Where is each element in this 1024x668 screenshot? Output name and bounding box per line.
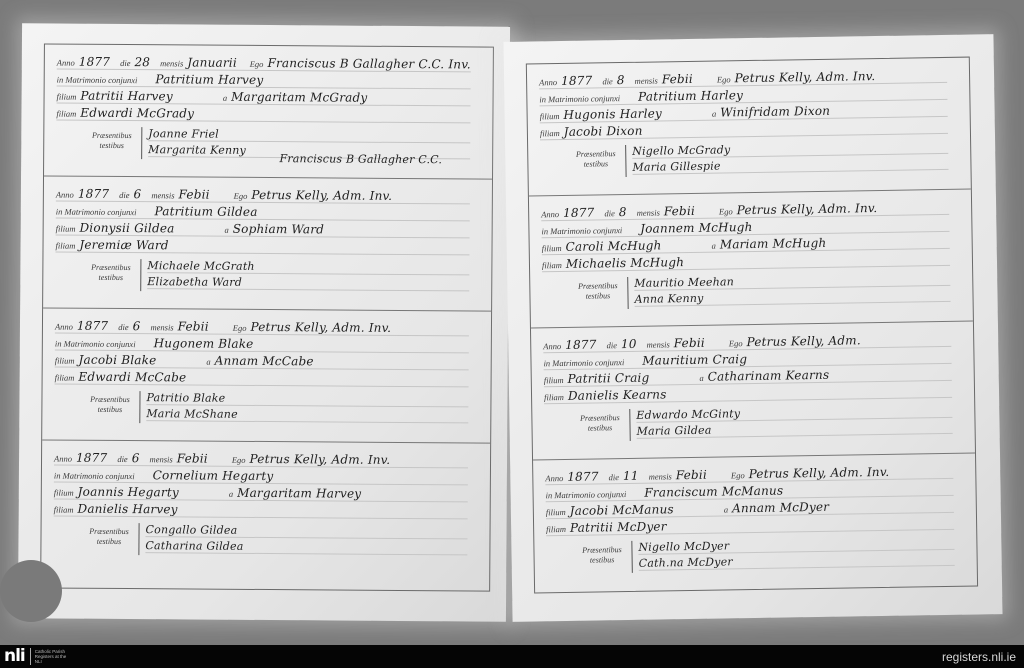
filium-label: filium [544,375,564,385]
witness-name: Nigello McDyer [638,539,729,553]
witness-name: Congallo Gildea [146,523,238,537]
mensis-label: mensis [649,471,672,481]
mensis-label: mensis [647,339,670,349]
anno-label: Anno [541,209,559,219]
witnesses-label: Præsentibus testibus [79,523,139,555]
marriage-entry: Anno 1877 die 10 mensis Febii Ego Petrus… [531,322,975,461]
matrimonio-label: in Matrimonio conjunxi [54,471,135,482]
groom-father-name: Joannis Hegarty [78,485,179,500]
groom-father-name: Jacobi McManus [570,502,674,518]
filium-label: filium [56,224,76,234]
et-label: a [223,93,227,103]
die-label: die [602,76,613,86]
groom-father-name: Caroli McHugh [565,238,661,254]
filiam-label: filiam [546,524,566,534]
groom-name: Joannem McHugh [640,220,753,236]
register-page-right: Anno 1877 die 8 mensis Febii Ego Petrus … [503,34,1002,622]
et-label: a [206,357,210,367]
nli-logo-mark: nli [4,648,31,665]
groom-father-name: Dionysii Gildea [79,221,174,236]
groom-name: Mauritium Craig [642,352,747,368]
marriage-entry: Anno 1877 die 6 mensis Febii Ego Petrus … [41,440,490,575]
witness-name: Edwardo McGinty [636,407,740,422]
month-value: Febii [676,468,707,482]
ego-label: Ego [719,206,733,216]
witnesses-label: Præsentibus testibus [80,391,140,423]
witnesses-label: Præsentibus testibus [572,541,632,574]
bride-name: Winifridam Dixon [720,104,830,120]
page-damage-blot [0,560,62,622]
filiam-label: filiam [54,505,74,515]
groom-father-name: Hugonis Harley [563,106,662,122]
witness-name: Elizabetha Ward [147,275,242,289]
anno-label: Anno [54,454,72,464]
mensis-label: mensis [160,58,183,68]
die-label: die [118,322,128,332]
anno-label: Anno [56,190,74,200]
groom-name: Patritium Gildea [154,204,257,219]
officiant-value: Petrus Kelly, Adm. Inv. [734,69,875,85]
nli-logo[interactable]: nli Catholic Parish Registers at the NLI [4,648,69,665]
officiant-value: Petrus Kelly, Adm. Inv. [250,452,391,467]
footer-bar: nli Catholic Parish Registers at the NLI… [0,645,1024,668]
filium-label: filium [54,488,74,498]
day-value: 8 [619,205,627,219]
et-label: a [699,373,703,383]
officiant-signature: Franciscus B Gallagher C.C. [279,152,442,166]
officiant-value: Petrus Kelly, Adm. [746,333,860,349]
day-value: 11 [623,469,639,483]
month-value: Febii [178,319,209,333]
witnesses-block: Præsentibus testibus Nigello McDyer Cath… [572,536,964,574]
matrimonio-label: in Matrimonio conjunxi [56,207,137,218]
groom-name: Patritium Harvey [155,72,263,87]
bride-name: Margaritam Harvey [237,486,361,501]
witness-name: Catharina Gildea [145,539,243,553]
filium-label: filium [55,356,75,366]
filiam-label: filiam [542,260,562,270]
officiant-value: Franciscus B Gallagher C.C. Inv. [267,56,470,71]
day-value: 8 [617,73,625,87]
bride-father-name: Danielis Harvey [77,502,177,517]
anno-label: Anno [545,473,563,483]
witness-name: Michaele McGrath [147,259,254,273]
marriage-entry: Anno 1877 die 6 mensis Febii Ego Petrus … [43,176,492,311]
marriage-entry: Anno 1877 die 11 mensis Febii Ego Petrus… [533,454,977,593]
bride-father-row: filiam Edwardi McCabe [55,370,479,390]
filiam-label: filiam [544,392,564,402]
witnesses-label: Præsentibus testibus [568,277,628,310]
et-label: a [724,504,728,514]
day-value: 6 [134,187,142,201]
anno-label: Anno [55,322,73,332]
groom-name: Franciscum McManus [644,484,783,500]
mensis-label: mensis [151,190,174,200]
matrimonio-label: in Matrimonio conjunxi [546,489,627,500]
bride-father-name: Patritii McDyer [570,519,667,535]
bride-father-name: Edwardi McCabe [78,370,186,385]
witnesses-label: Præsentibus testibus [570,409,630,442]
year-value: 1877 [567,469,599,483]
witnesses-block: Præsentibus testibus Congallo Gildea Cat… [79,523,477,558]
groom-name: Hugonem Blake [154,336,254,351]
bride-name: Annam McCabe [215,354,314,369]
matrimonio-label: in Matrimonio conjunxi [541,225,622,236]
year-value: 1877 [76,451,107,465]
month-value: Febii [674,336,705,350]
ego-label: Ego [717,74,731,84]
witness-name: Patritio Blake [146,391,225,405]
site-link[interactable]: registers.nli.ie [942,650,1016,664]
die-label: die [606,340,617,350]
marriage-entry: Anno 1877 die 28 mensis Januarii Ego Fra… [44,44,493,179]
anno-label: Anno [57,58,75,68]
officiant-value: Petrus Kelly, Adm. Inv. [250,320,391,335]
marriage-entry: Anno 1877 die 8 mensis Febii Ego Petrus … [527,58,971,197]
groom-father-name: Patritii Craig [568,371,650,386]
filiam-label: filiam [56,109,76,119]
bride-father-name: Edwardi McGrady [80,106,194,121]
register-page-left: Anno 1877 die 28 mensis Januarii Ego Fra… [18,23,510,621]
year-value: 1877 [78,187,109,201]
day-value: 10 [621,337,637,351]
matrimonio-label: in Matrimonio conjunxi [543,357,624,368]
nli-logo-text: Catholic Parish Registers at the NLI [35,649,69,664]
month-value: Febii [662,72,693,86]
anno-label: Anno [543,341,561,351]
witness-name: Margarita Kenny [148,143,246,157]
mensis-label: mensis [150,322,173,332]
bride-name: Annam McDyer [732,500,829,516]
witness-name: Mauritio Meehan [634,275,734,290]
officiant-value: Petrus Kelly, Adm. Inv. [749,465,890,481]
witness-name: Anna Kenny [634,292,703,306]
groom-name: Patritium Harley [638,88,743,104]
ego-label: Ego [729,338,743,348]
page-frame: Anno 1877 die 28 mensis Januarii Ego Fra… [40,43,494,591]
filiam-label: filiam [55,241,75,251]
witness-name: Cath.na McDyer [639,555,733,569]
year-value: 1877 [563,205,595,219]
ego-label: Ego [233,323,247,333]
filiam-label: filiam [55,373,75,383]
witnesses-block: Præsentibus testibus Mauritio Meehan Ann… [568,272,960,310]
month-value: Januarii [187,55,237,69]
day-value: 28 [134,55,150,69]
year-value: 1877 [77,319,108,333]
witnesses-label: Præsentibus testibus [566,145,626,178]
ego-label: Ego [234,191,248,201]
officiant-value: Petrus Kelly, Adm. Inv. [737,201,878,217]
bride-father-row: filiam Danielis Harvey [54,502,478,522]
bride-name: Margaritam McGrady [231,90,367,105]
year-value: 1877 [565,337,597,351]
et-label: a [712,109,716,119]
die-label: die [117,454,127,464]
filium-label: filium [540,111,560,121]
bride-father-name: Jacobi Dixon [564,124,643,139]
witnesses-label: Præsentibus testibus [82,127,142,159]
mensis-label: mensis [150,454,173,464]
die-label: die [609,472,620,482]
filium-label: filium [542,243,562,253]
month-value: Febii [179,187,210,201]
matrimonio-label: in Matrimonio conjunxi [57,75,138,86]
year-value: 1877 [561,73,593,87]
witness-name: Joanne Friel [148,127,219,140]
matrimonio-label: in Matrimonio conjunxi [55,339,136,350]
witness-name: Maria Gildea [637,424,712,438]
marriage-entry: Anno 1877 die 6 mensis Febii Ego Petrus … [42,308,491,443]
witnesses-block: Præsentibus testibus Michaele McGrath El… [81,259,479,294]
page-frame: Anno 1877 die 8 mensis Febii Ego Petrus … [526,57,978,594]
ego-label: Ego [232,455,246,465]
anno-label: Anno [539,77,557,87]
witnesses-label: Præsentibus testibus [81,259,141,291]
month-value: Febii [664,204,695,218]
bride-name: Sophiam Ward [233,222,324,237]
groom-name: Cornelium Hegarty [153,468,274,483]
filiam-label: filiam [540,128,560,138]
et-label: a [711,241,715,251]
groom-father-name: Jacobi Blake [79,353,157,368]
groom-father-name: Patritii Harvey [80,89,173,104]
witnesses-block: Præsentibus testibus Nigello McGrady Mar… [566,140,958,178]
et-label: a [225,225,229,235]
ego-label: Ego [250,59,264,69]
witnesses-block: Præsentibus testibus Patritio Blake Mari… [80,391,478,426]
die-label: die [604,208,615,218]
witness-name: Maria Gillespie [632,159,720,173]
day-value: 6 [133,319,141,333]
witnesses-block: Præsentibus testibus Edwardo McGinty Mar… [570,404,962,442]
image-viewer[interactable]: Anno 1877 die 28 mensis Januarii Ego Fra… [0,0,1024,645]
bride-name: Mariam McHugh [720,236,827,252]
bride-name: Catharinam Kearns [708,368,830,384]
month-value: Febii [177,451,208,465]
bride-father-row: filiam Edwardi McGrady [56,106,480,126]
et-label: a [229,489,233,499]
die-label: die [119,190,129,200]
marriage-entry: Anno 1877 die 8 mensis Febii Ego Petrus … [529,190,973,329]
ego-label: Ego [731,470,745,480]
witness-name: Nigello McGrady [632,143,730,158]
day-value: 6 [132,451,140,465]
witness-name: Maria McShane [146,407,238,421]
filium-label: filium [546,507,566,517]
bride-father-row: filiam Jeremiæ Ward [55,238,479,258]
bride-father-name: Danielis Kearns [568,387,667,403]
officiant-value: Petrus Kelly, Adm. Inv. [251,188,392,203]
die-label: die [120,58,130,68]
mensis-label: mensis [635,75,658,85]
filium-label: filium [57,92,77,102]
bride-father-name: Michaelis McHugh [566,255,685,271]
bride-father-name: Jeremiæ Ward [79,238,168,253]
year-value: 1877 [79,55,110,69]
mensis-label: mensis [637,207,660,217]
matrimonio-label: in Matrimonio conjunxi [539,93,620,104]
